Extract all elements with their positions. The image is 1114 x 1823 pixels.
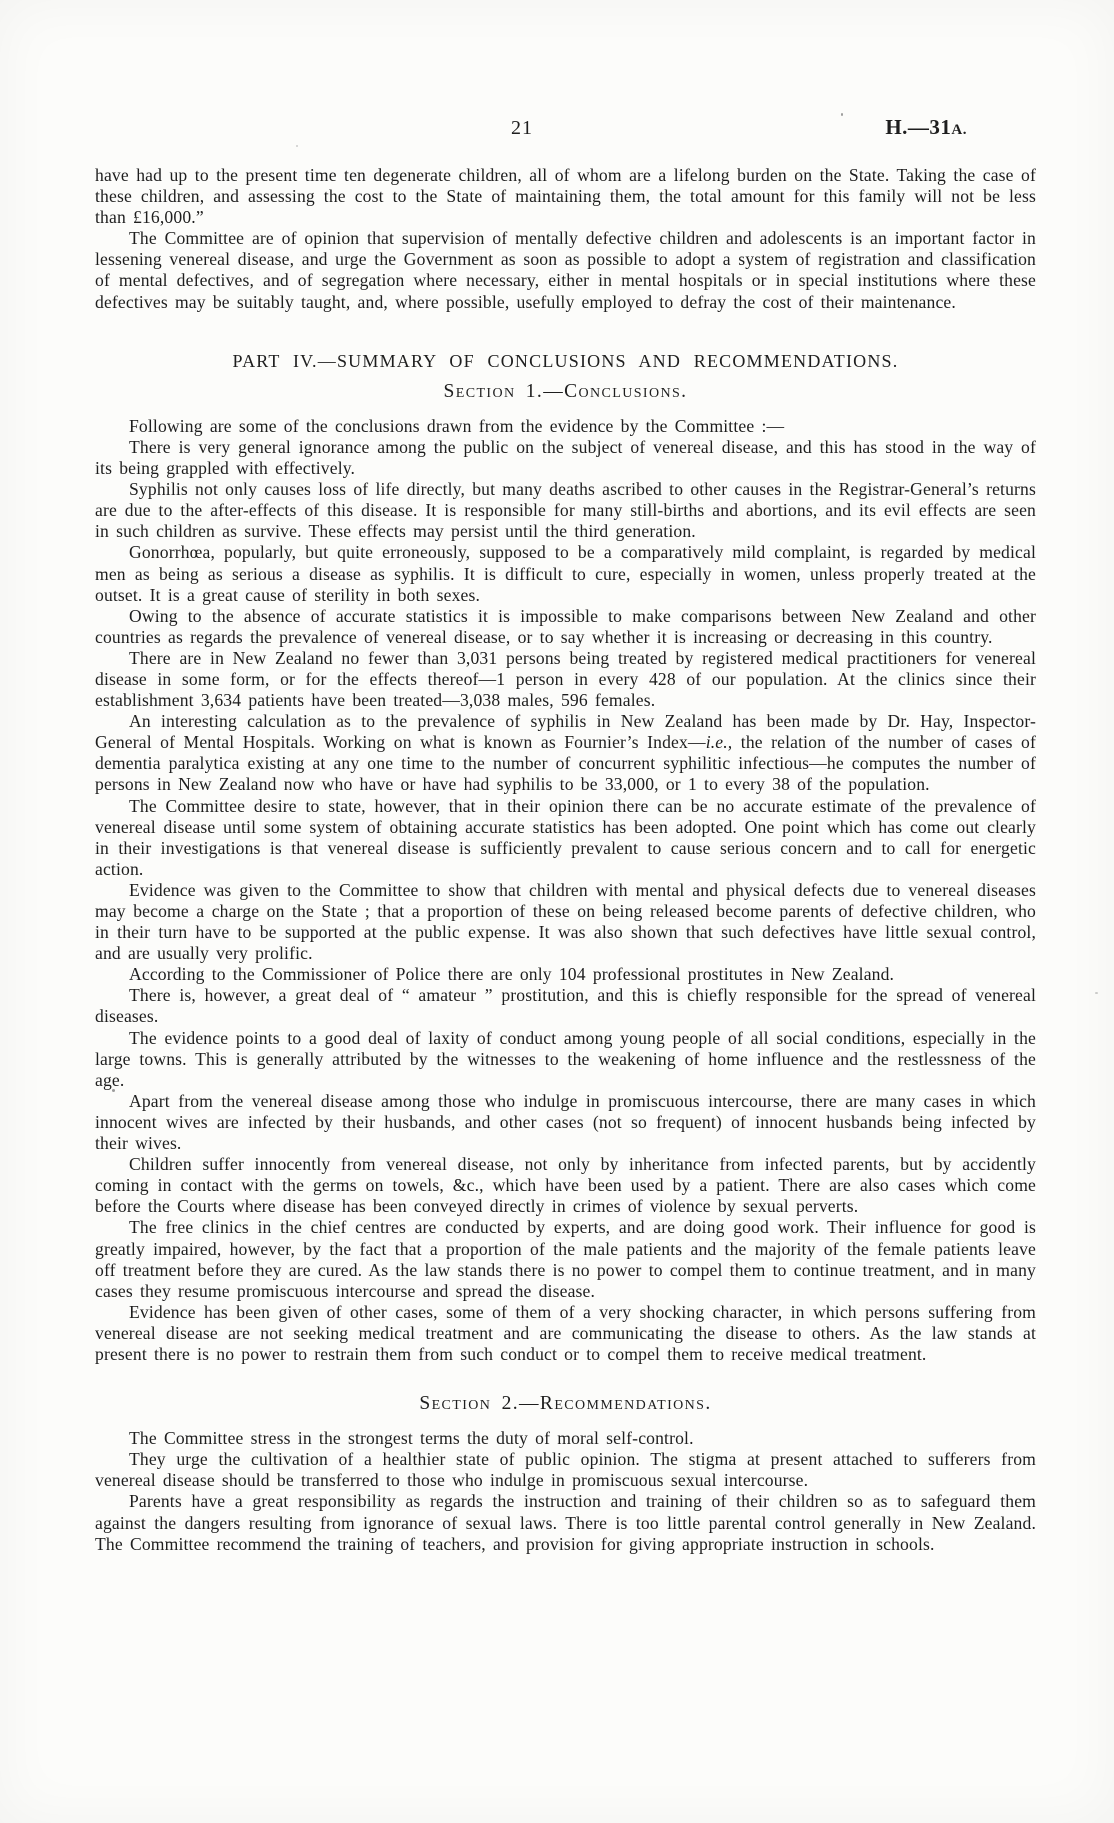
paragraph: The Committee are of opinion that superv… bbox=[95, 228, 1036, 312]
paragraph-continuation: have had up to the present time ten dege… bbox=[95, 165, 1036, 228]
scan-speck bbox=[296, 145, 298, 147]
paragraph: The Committee desire to state, however, … bbox=[95, 796, 1036, 880]
section1-heading: Section 1.—Conclusions. bbox=[95, 381, 1036, 402]
paragraph: Evidence was given to the Committee to s… bbox=[95, 880, 1036, 964]
paragraph: According to the Commissioner of Police … bbox=[95, 964, 1036, 985]
paragraph: The free clinics in the chief centres ar… bbox=[95, 1217, 1036, 1301]
paragraph-italic-text: i.e., bbox=[706, 732, 733, 752]
text-block: have had up to the present time ten dege… bbox=[95, 165, 1036, 1555]
paragraph: An interesting calculation as to the pre… bbox=[95, 711, 1036, 795]
paragraph: There is, however, a great deal of “ ama… bbox=[95, 985, 1036, 1027]
document-page: 21 H.—31A. have had up to the present ti… bbox=[0, 0, 1114, 1823]
paragraph: The evidence points to a good deal of la… bbox=[95, 1028, 1036, 1091]
paragraph: Owing to the absence of accurate statist… bbox=[95, 606, 1036, 648]
scan-speck bbox=[112, 1089, 115, 1092]
doc-reference-suffix: A. bbox=[951, 122, 967, 138]
paragraph: Gonorrhœa, popularly, but quite erroneou… bbox=[95, 542, 1036, 605]
paragraph: Evidence has been given of other cases, … bbox=[95, 1302, 1036, 1365]
paragraph: The Committee stress in the strongest te… bbox=[95, 1428, 1036, 1449]
paragraph: They urge the cultivation of a healthier… bbox=[95, 1449, 1036, 1491]
paragraph: Children suffer innocently from venereal… bbox=[95, 1154, 1036, 1217]
part-heading: PART IV.—SUMMARY OF CONCLUSIONS AND RECO… bbox=[95, 351, 1036, 372]
page-header: 21 H.—31A. bbox=[0, 112, 1114, 146]
page-number: 21 bbox=[500, 117, 544, 140]
paragraph: Parents have a great responsibility as r… bbox=[95, 1491, 1036, 1554]
paragraph: Following are some of the conclusions dr… bbox=[95, 416, 1036, 437]
doc-reference: H.—31A. bbox=[885, 115, 967, 140]
section2-heading: Section 2.—Recommendations. bbox=[95, 1393, 1036, 1414]
scan-speck bbox=[1095, 992, 1098, 994]
scan-speck bbox=[841, 113, 843, 116]
doc-reference-main: H.—31 bbox=[885, 115, 951, 139]
paragraph: There are in New Zealand no fewer than 3… bbox=[95, 648, 1036, 711]
paragraph: Apart from the venereal disease among th… bbox=[95, 1091, 1036, 1154]
paragraph: There is very general ignorance among th… bbox=[95, 437, 1036, 479]
paragraph: Syphilis not only causes loss of life di… bbox=[95, 479, 1036, 542]
